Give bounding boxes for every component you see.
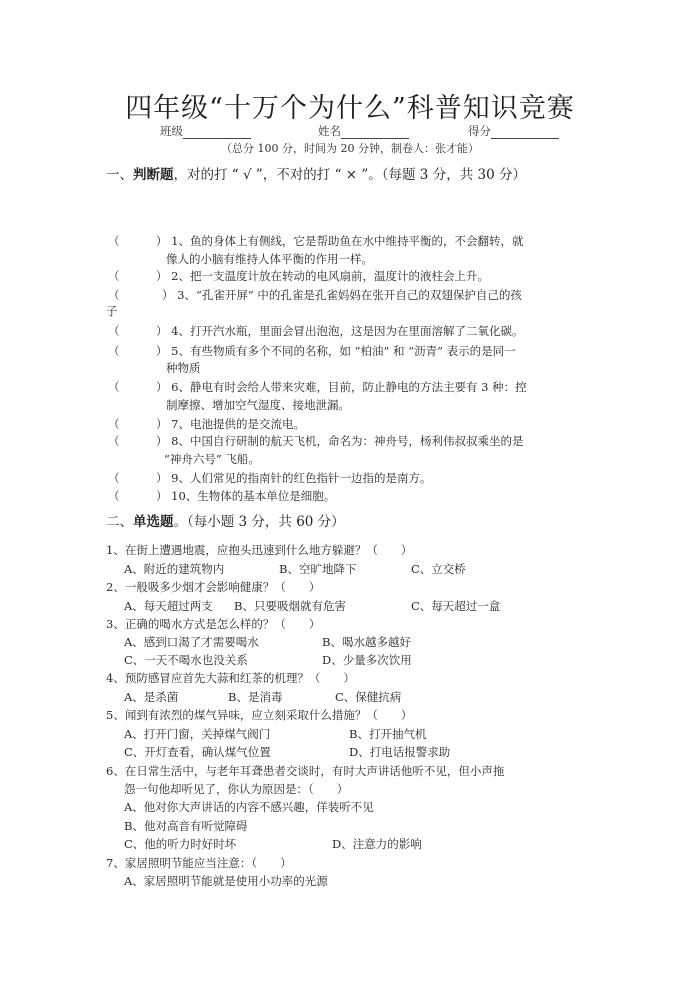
item-text: 人们常见的指南针的红色指针一边指的是南方。: [190, 471, 432, 485]
exam-page: 四年级“十万个为什么”科普知识竞赛 班级 姓名 得分 （总分 100 分，时间为…: [0, 0, 700, 988]
mc-question-5: 5、闻到有浓烈的煤气异味，应立刻采取什么措施？（ ）: [106, 707, 412, 723]
item-text: 中国自行研制的航天飞机，命名为：神舟号，杨利伟叔叔乘坐的是: [190, 434, 524, 448]
option-b[interactable]: B、是消毒: [228, 689, 282, 705]
answer-blank[interactable]: （: [108, 343, 156, 359]
item-text: 把一支温度计放在转动的电风扇前，温度计的液柱会上升。: [190, 269, 489, 283]
option-a[interactable]: A、是杀菌: [124, 689, 178, 705]
option-d[interactable]: D、注意力的影响: [332, 836, 422, 852]
option-b[interactable]: B、打开抽气机: [349, 726, 426, 742]
mc-question-6: 6、在日常生活中，与老年耳聋患者交谈时，有时大声讲话他听不见，但小声拖: [106, 763, 504, 779]
tf-item-3-cont: 子: [106, 303, 118, 319]
paren-left: （: [108, 324, 120, 338]
paren-left: （: [108, 288, 120, 302]
paren-right: ）: [156, 471, 168, 485]
class-field[interactable]: 班级: [160, 123, 251, 139]
option-c[interactable]: C、立交桥: [411, 561, 466, 577]
paren-right: ）: [156, 434, 168, 448]
name-field[interactable]: 姓名: [318, 123, 409, 139]
item-number: 3、: [177, 288, 196, 302]
tf-item-4: （） 4、打开汽水瓶，里面会冒出泡泡，这是因为在里面溶解了二氧化碳。: [108, 323, 523, 339]
option-b[interactable]: B、只要吸烟就有危害: [234, 598, 346, 614]
paren-right: ）: [156, 417, 168, 431]
section2-number: 二、: [106, 514, 133, 530]
option-a[interactable]: A、感到口渴了才需要喝水: [124, 634, 259, 650]
item-text: 生物体的基本单位是细胞。: [197, 489, 335, 503]
answer-blank[interactable]: （: [108, 287, 162, 303]
item-number: 1、: [171, 234, 190, 248]
tf-item-5: （） 5、有些物质有多个不同的名称，如 “柏油” 和 “沥青” 表示的是同一: [108, 343, 516, 359]
mc-question-4: 4、预防感冒应首先大蒜和红茶的机理？（ ）: [106, 670, 355, 686]
item-number: 2、: [171, 269, 190, 283]
exam-subtitle: （总分 100 分，时间为 20 分钟，制卷人：张才能）: [0, 140, 700, 156]
section2-heading: 二、单选题。（每小题 3 分，共 60 分）: [106, 514, 345, 530]
paren-left: （: [108, 489, 120, 503]
item-text: 鱼的身体上有侧线，它是帮助鱼在水中维持平衡的，不会翻转，就: [190, 234, 524, 248]
paren-left: （: [108, 344, 120, 358]
option-c[interactable]: C、他的听力时好时坏: [124, 836, 236, 852]
name-blank[interactable]: [341, 126, 409, 139]
option-a[interactable]: A、每天超过两支: [124, 598, 213, 614]
mc-question-7: 7、家居照明节能应当注意：（ ）: [106, 855, 292, 871]
score-blank[interactable]: [491, 126, 559, 139]
tf-item-5-cont: 种物质: [166, 360, 201, 376]
tf-item-1-cont: 像人的小脑有维持人体平衡的作用一样。: [166, 251, 373, 267]
paren-right: ）: [156, 380, 168, 394]
item-number: 4、: [171, 324, 190, 338]
class-label: 班级: [160, 124, 183, 138]
tf-item-6-cont: 制摩擦、增加空气湿度、接地泄漏。: [166, 397, 350, 413]
tf-item-10: （） 10、生物体的基本单位是细胞。: [108, 488, 335, 504]
item-text: 电池提供的是交流电。: [190, 417, 305, 431]
paren-left: （: [108, 234, 120, 248]
mc-question-1: 1、在街上遭遇地震，应抱头迅速到什么地方躲避？（ ）: [106, 542, 412, 558]
option-c[interactable]: C、保健抗病: [335, 689, 401, 705]
section1-heading: 一、判断题，对的打 “ √ ”，不对的打 “ × ”。（每题 3 分，共 30 …: [106, 167, 526, 183]
option-c[interactable]: C、一天不喝水也没关系: [124, 652, 248, 668]
tf-item-8-cont: “神舟六号” 飞船。: [164, 451, 260, 467]
tf-item-7: （） 7、电池提供的是交流电。: [108, 416, 305, 432]
paren-left: （: [108, 434, 120, 448]
paren-left: （: [108, 380, 120, 394]
option-a[interactable]: A、打开门窗，关掉煤气阀门: [124, 726, 270, 742]
answer-blank[interactable]: （: [108, 433, 156, 449]
option-d[interactable]: D、打电话报警求助: [349, 744, 450, 760]
mc-question-3: 3、正确的喝水方式是怎么样的？（ ）: [106, 616, 320, 632]
tf-item-2: （） 2、把一支温度计放在转动的电风扇前，温度计的液柱会上升。: [108, 268, 489, 284]
paren-right: ）: [156, 344, 168, 358]
paren-right: ）: [156, 489, 168, 503]
option-c[interactable]: C、开灯查看，确认煤气位置: [124, 744, 271, 760]
option-a[interactable]: A、家居照明节能就是使用小功率的光源: [124, 873, 328, 889]
tf-item-8: （） 8、中国自行研制的航天飞机，命名为：神舟号，杨利伟叔叔乘坐的是: [108, 433, 523, 449]
option-b[interactable]: B、喝水越多越好: [322, 634, 411, 650]
tf-item-1: （） 1、鱼的身体上有侧线，它是帮助鱼在水中维持平衡的，不会翻转，就: [108, 233, 523, 249]
item-number: 9、: [171, 471, 190, 485]
answer-blank[interactable]: （: [108, 416, 156, 432]
item-number: 8、: [171, 434, 190, 448]
paren-right: ）: [162, 288, 174, 302]
mc-question-6-cont: 怨一句他却听见了，你认为原因是：（ ）: [124, 781, 348, 797]
paren-right: ）: [156, 234, 168, 248]
section1-name: 判断题: [133, 167, 174, 183]
answer-blank[interactable]: （: [108, 379, 156, 395]
section1-instruction: ，对的打 “ √ ”，不对的打 “ × ”。（每题 3 分，共 30 分）: [174, 167, 526, 183]
item-number: 10、: [171, 489, 197, 503]
paren-left: （: [108, 471, 120, 485]
option-b[interactable]: B、空旷地降下: [279, 561, 356, 577]
tf-item-9: （） 9、人们常见的指南针的红色指针一边指的是南方。: [108, 470, 431, 486]
section2-instruction: 。（每小题 3 分，共 60 分）: [174, 514, 345, 530]
paren-right: ）: [156, 269, 168, 283]
option-d[interactable]: D、少量多次饮用: [322, 652, 412, 668]
option-b[interactable]: B、他对高音有听觉障碍: [124, 818, 247, 834]
item-text: “孔雀开屏” 中的孔雀是孔雀妈妈在张开自己的双翅保护自己的孩: [196, 288, 522, 302]
answer-blank[interactable]: （: [108, 268, 156, 284]
paren-left: （: [108, 269, 120, 283]
item-text: 有些物质有多个不同的名称，如 “柏油” 和 “沥青” 表示的是同一: [190, 344, 516, 358]
item-text: 打开汽水瓶，里面会冒出泡泡，这是因为在里面溶解了二氧化碳。: [190, 324, 524, 338]
option-c[interactable]: C、每天超过一盒: [411, 598, 500, 614]
option-a[interactable]: A、他对你大声讲话的内容不感兴趣，佯装听不见: [124, 799, 374, 815]
answer-blank[interactable]: （: [108, 488, 156, 504]
name-label: 姓名: [318, 124, 341, 138]
score-field[interactable]: 得分: [468, 123, 559, 139]
tf-item-6: （） 6、静电有时会给人带来灾难，目前，防止静电的方法主要有 3 种：控: [108, 379, 527, 395]
score-label: 得分: [468, 124, 491, 138]
answer-blank[interactable]: （: [108, 470, 156, 486]
student-info-row: 班级 姓名 得分: [0, 123, 700, 139]
option-a[interactable]: A、附近的建筑物内: [124, 561, 224, 577]
item-number: 6、: [171, 380, 190, 394]
page-title: 四年级“十万个为什么”科普知识竞赛: [0, 86, 700, 125]
item-text: 静电有时会给人带来灾难，目前，防止静电的方法主要有 3 种：控: [190, 380, 527, 394]
mc-question-2: 2、一般吸多少烟才会影响健康？（ ）: [106, 579, 320, 595]
paren-left: （: [108, 417, 120, 431]
section1-number: 一、: [106, 167, 133, 183]
section2-name: 单选题: [133, 514, 174, 530]
paren-right: ）: [156, 324, 168, 338]
item-number: 5、: [171, 344, 190, 358]
answer-blank[interactable]: （: [108, 233, 156, 249]
item-number: 7、: [171, 417, 190, 431]
answer-blank[interactable]: （: [108, 323, 156, 339]
class-blank[interactable]: [183, 126, 251, 139]
tf-item-3: （） 3、“孔雀开屏” 中的孔雀是孔雀妈妈在张开自己的双翅保护自己的孩: [108, 287, 522, 303]
